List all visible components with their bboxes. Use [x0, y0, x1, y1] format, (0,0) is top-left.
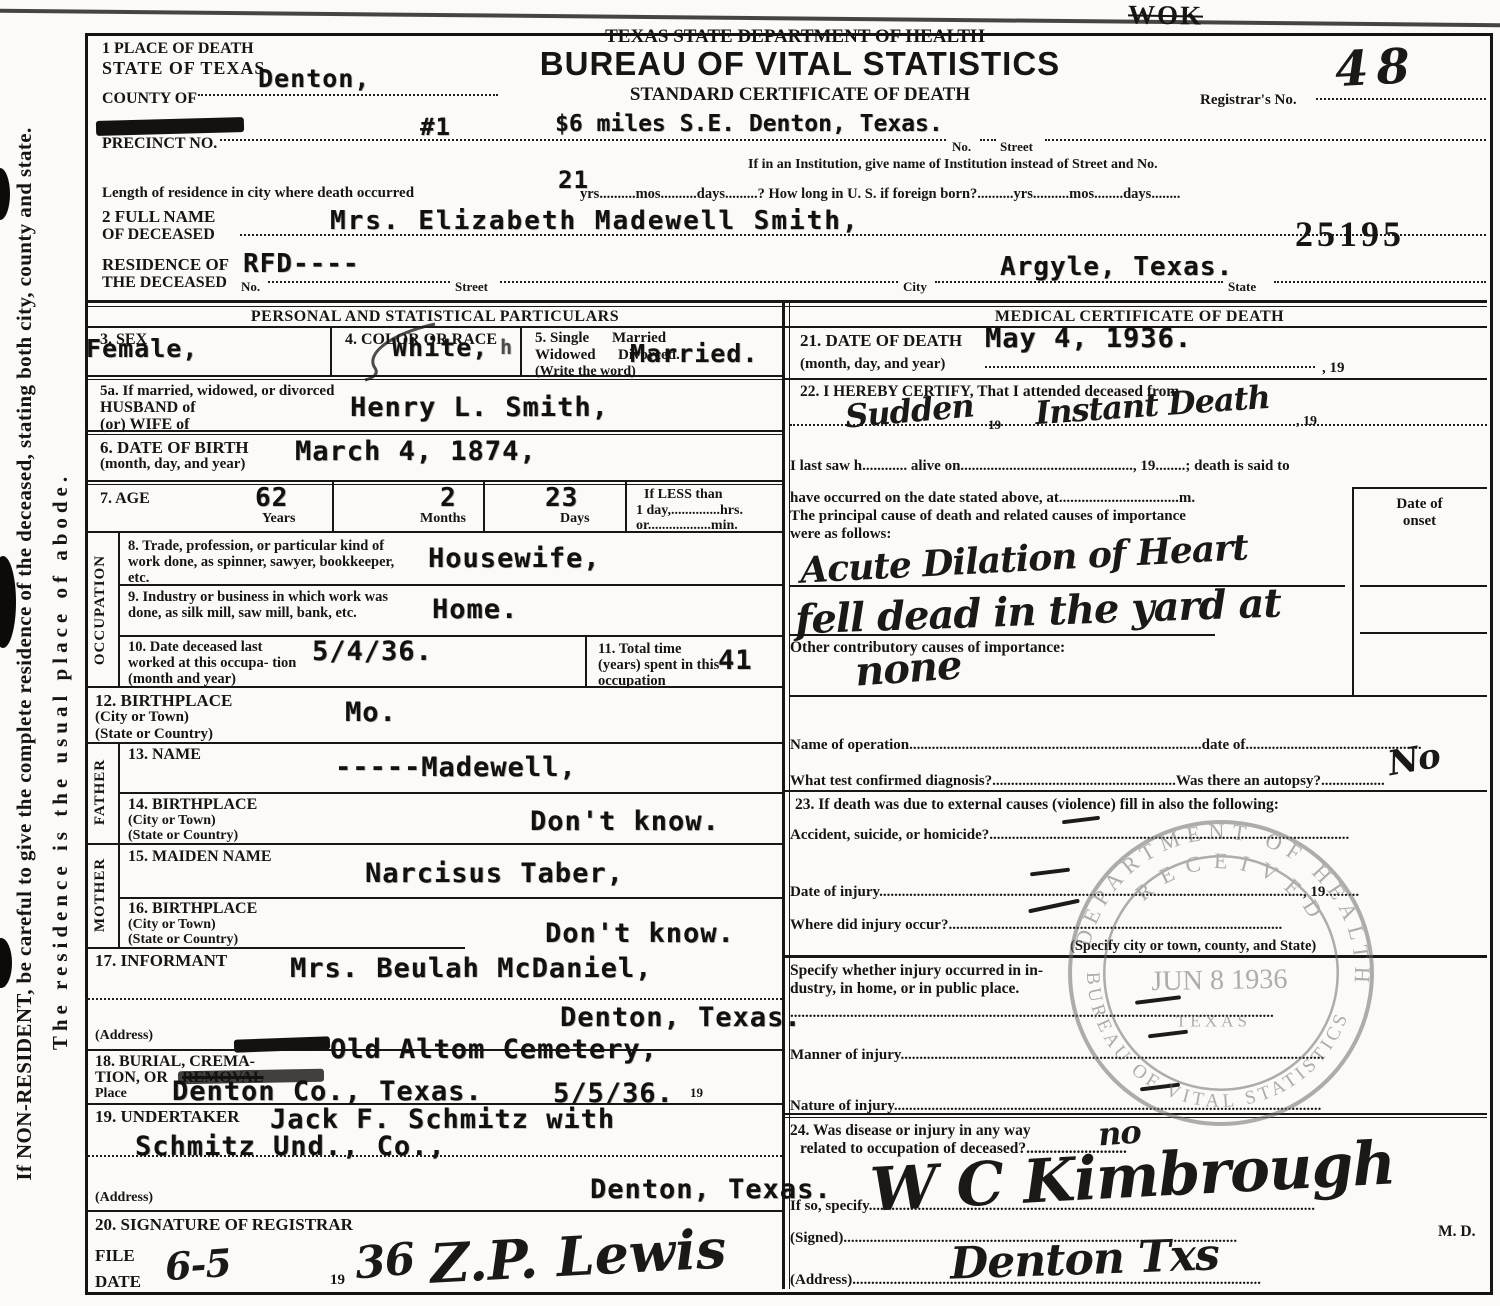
side-label-divider [118, 845, 120, 947]
rule [118, 792, 782, 794]
father-birthplace-sub2: (State or Country) [128, 828, 238, 844]
date-of-death-sublabel: (month, day, and year) [800, 356, 945, 373]
onset-label1: Date of [1352, 496, 1487, 513]
no-label: No. [952, 140, 971, 155]
death-certificate-scan: WOK If NON-RESIDENT, be careful to give … [0, 0, 1500, 1306]
dotted-rule [268, 281, 450, 283]
dotted-rule [985, 366, 1315, 368]
rule [85, 434, 782, 435]
dotted-rule [1045, 139, 1486, 141]
rule [118, 584, 782, 586]
rule [118, 635, 782, 637]
undertaker-value2: Schmitz Und., Co., [135, 1131, 446, 1162]
undertaker-label: 19. UNDERTAKER [95, 1107, 240, 1126]
res-street-label: Street [455, 280, 488, 295]
stamp-texas: TEXAS [1176, 1012, 1251, 1031]
dotted-rule [980, 139, 996, 141]
industry-value: Home. [432, 594, 518, 625]
residence-city-value: Argyle, Texas. [1000, 252, 1233, 282]
stamp-date: JUN 8 1936 [1151, 964, 1288, 997]
rule [85, 686, 782, 688]
county-value: Denton, [258, 64, 370, 93]
husband-label2: HUSBAND of [100, 399, 196, 417]
fullname-label2: OF DECEASED [102, 226, 215, 244]
res-state-label: State [1228, 280, 1256, 295]
bureau-title: BUREAU OF VITAL STATISTICS [520, 46, 1080, 83]
mother-side-label: MOTHER [92, 845, 109, 945]
undertaker-address-label: (Address) [95, 1190, 153, 1206]
state-of-texas-label: STATE OF TEXAS [102, 58, 265, 78]
rule [85, 430, 782, 432]
mother-birthplace-sub2: (State or Country) [128, 932, 238, 948]
husband-label1: 5a. If married, widowed, or divorced [100, 383, 334, 400]
side-label-divider [118, 533, 120, 686]
father-side-label: FATHER [92, 744, 109, 840]
maiden-name-label: 15. MAIDEN NAME [128, 848, 272, 866]
informant-address-label: (Address) [95, 1028, 153, 1044]
contributory-value: none [853, 641, 962, 695]
cell-divider [520, 328, 522, 375]
county-label: COUNTY OF [102, 90, 197, 108]
file-date-value: 6-5 [164, 1240, 233, 1289]
rule [85, 300, 1487, 303]
trade-label: 8. Trade, profession, or particular kind… [128, 538, 400, 587]
age-years-value: 62 [255, 483, 288, 513]
total-time-value: 41 [718, 645, 753, 676]
occupation-side-label: OCCUPATION [92, 534, 109, 686]
residence-length-units: yrs..........mos..........days.........?… [580, 186, 1486, 202]
certificate-title: STANDARD CERTIFICATE OF DEATH [560, 84, 1040, 105]
dotted-rule [85, 1155, 782, 1157]
rule [85, 379, 782, 380]
residence-no-value: RFD---- [243, 249, 360, 279]
birthplace-label: 12. BIRTHPLACE [95, 691, 232, 710]
certificate-number: 25195 [1295, 214, 1405, 254]
margin-note-nonresident: If NON-RESIDENT, be careful to give the … [12, 10, 37, 1298]
rule [85, 306, 1487, 307]
printed-19: 19 [330, 1272, 345, 1289]
rule [1360, 585, 1487, 587]
res-no-label: No. [241, 280, 260, 295]
mother-birthplace-value: Don't know. [545, 918, 735, 949]
last-worked-label: 10. Date deceased last worked at this oc… [128, 639, 310, 688]
last-worked-value: 5/4/36. [312, 636, 433, 667]
marital-label-widowed: Widowed [535, 347, 596, 364]
rule [85, 531, 782, 533]
specify-injury-label1: Specify whether injury occurred in in- [790, 962, 1043, 979]
marital-value: Married. [630, 339, 758, 368]
birthplace-sub2: (State or Country) [95, 726, 213, 743]
residence-label: RESIDENCE OF [102, 255, 229, 274]
mother-birthplace-label: 16. BIRTHPLACE [128, 900, 257, 918]
res-city-label: City [903, 280, 927, 295]
comma-19-label: , 19 [1322, 360, 1345, 377]
fullname-label: 2 FULL NAME [102, 207, 215, 226]
date-of-death-value: May 4, 1936. [985, 323, 1192, 354]
residence-label2: THE DECEASED [102, 274, 227, 292]
scan-top-edge [0, 9, 1500, 28]
rule [85, 843, 782, 845]
rule [790, 634, 1215, 636]
registrar-no-label: Registrar's No. [1200, 92, 1297, 109]
sex-value: Female, [86, 334, 198, 363]
column-divider [789, 302, 790, 1289]
date-label: DATE [95, 1272, 141, 1291]
age-months-value: 2 [440, 483, 457, 513]
birthplace-value: Mo. [345, 697, 397, 728]
received-stamp: DEPARTMENT OF HEALTH RECEIVED BUREAU OF … [1037, 789, 1405, 1157]
precinct-label: PRECINCT NO. [102, 135, 217, 153]
scan-blob [0, 168, 10, 220]
father-name-label: 13. NAME [128, 746, 201, 764]
autopsy-line: What test confirmed diagnosis?..........… [790, 773, 1487, 790]
margin-note-abode: The residence is the usual place of abod… [48, 350, 73, 1172]
less-than-label2: 1 day,..............hrs. [636, 503, 743, 519]
marital-write-note: (Write the word) [535, 364, 636, 380]
fullname-value: Mrs. Elizabeth Madewell Smith, [330, 206, 860, 236]
father-birthplace-label: 14. BIRTHPLACE [128, 796, 257, 814]
cell-divider [483, 482, 485, 531]
husband-value: Henry L. Smith, [350, 392, 609, 423]
dob-label: 6. DATE OF BIRTH [100, 438, 249, 457]
age-years-label: Years [262, 511, 295, 527]
informant-name-value: Mrs. Beulah McDaniel, [290, 953, 652, 984]
total-time-label: 11. Total time (years) spent in this occ… [598, 641, 726, 690]
rule [118, 897, 782, 899]
burial-19-label: 19 [690, 1086, 703, 1101]
rule [785, 378, 1487, 380]
street-address-value: $6 miles S.E. Denton, Texas. [555, 111, 943, 137]
burial-place-value1: Old Altom Cemetery, [330, 1034, 658, 1065]
dotted-rule [790, 424, 1487, 426]
age-label: 7. AGE [100, 490, 150, 508]
dotted-rule [500, 281, 898, 283]
street-label: Street [1000, 140, 1033, 155]
father-birthplace-value: Don't know. [530, 806, 720, 837]
dob-value: March 4, 1874, [295, 436, 537, 467]
cell-divider [332, 482, 334, 531]
rule [85, 484, 782, 485]
mother-birthplace-sub1: (City or Town) [128, 917, 216, 933]
institution-note: If in an Institution, give name of Insti… [748, 157, 1158, 173]
birthplace-sub1: (City or Town) [95, 709, 189, 726]
dob-sublabel: (month, day, and year) [100, 456, 245, 473]
rule [85, 742, 782, 744]
dotted-rule [198, 94, 498, 96]
scan-blob [0, 938, 12, 988]
dotted-rule [85, 998, 782, 1000]
rule [85, 480, 782, 482]
column-divider [782, 302, 785, 1289]
rule [785, 790, 1487, 792]
age-months-label: Months [420, 511, 466, 527]
dotted-rule [1274, 281, 1486, 283]
wok-mark: WOK [1128, 0, 1204, 31]
place-of-death-label: 1 PLACE OF DEATH [102, 40, 254, 58]
burial-label2: TION, OR [95, 1069, 168, 1087]
rule [1352, 487, 1487, 489]
precinct-value: #1 [420, 113, 451, 141]
rule [1360, 632, 1487, 634]
father-birthplace-sub1: (City or Town) [128, 813, 216, 829]
md-label: M. D. [1438, 1223, 1475, 1240]
pen-stroke [335, 320, 450, 382]
race-stray-char: h [500, 335, 513, 359]
occurred-line: have occurred on the date stated above, … [790, 490, 1350, 507]
comma-19-b: , 19 [1296, 414, 1317, 430]
specify-injury-label2: dustry, in home, or in public place. [790, 980, 1019, 997]
last-saw-line: I last saw h............ alive on.......… [790, 458, 1487, 475]
date-of-death-label: 21. DATE OF DEATH [800, 331, 962, 350]
age-days-value: 23 [545, 483, 578, 513]
onset-label2: onset [1352, 513, 1487, 530]
father-name-value: -----Madewell, [335, 752, 577, 783]
dotted-rule [1316, 98, 1486, 100]
age-days-label: Days [560, 511, 590, 527]
rule [85, 947, 465, 949]
rule [790, 695, 1487, 697]
residence-length-label: Length of residence in city where death … [102, 185, 414, 202]
physician-address-line: (Address)...............................… [790, 1272, 1487, 1289]
maiden-name-value: Narcisus Taber, [365, 858, 624, 889]
trade-value: Housewife, [428, 543, 601, 574]
principal-cause-label1: The principal cause of death and related… [790, 508, 1186, 525]
informant-label: 17. INFORMANT [95, 951, 227, 970]
cell-divider [585, 635, 587, 686]
registrar-signature-label: 20. SIGNATURE OF REGISTRAR [95, 1215, 353, 1234]
rule [85, 1210, 782, 1212]
registrar-no-value: 48 [1334, 38, 1420, 98]
industry-label: 9. Industry or business in which work wa… [128, 589, 400, 621]
operation-line: Name of operation.......................… [790, 737, 1487, 754]
dotted-rule [220, 139, 946, 141]
informant-address-value: Denton, Texas. [560, 1002, 802, 1033]
file-year-value: 36 [353, 1234, 416, 1290]
marital-label-single: 5. Single [535, 330, 589, 347]
burial-place-label: Place [95, 1086, 127, 1102]
cell-divider [330, 328, 332, 375]
rule [85, 375, 782, 377]
file-label: FILE [95, 1246, 135, 1265]
occupation-related-label1: 24. Was disease or injury in any way [790, 1122, 1031, 1139]
principal-cause-label2: were as follows: [790, 526, 891, 543]
less-than-label1: If LESS than [644, 487, 723, 503]
cell-divider [625, 482, 627, 531]
